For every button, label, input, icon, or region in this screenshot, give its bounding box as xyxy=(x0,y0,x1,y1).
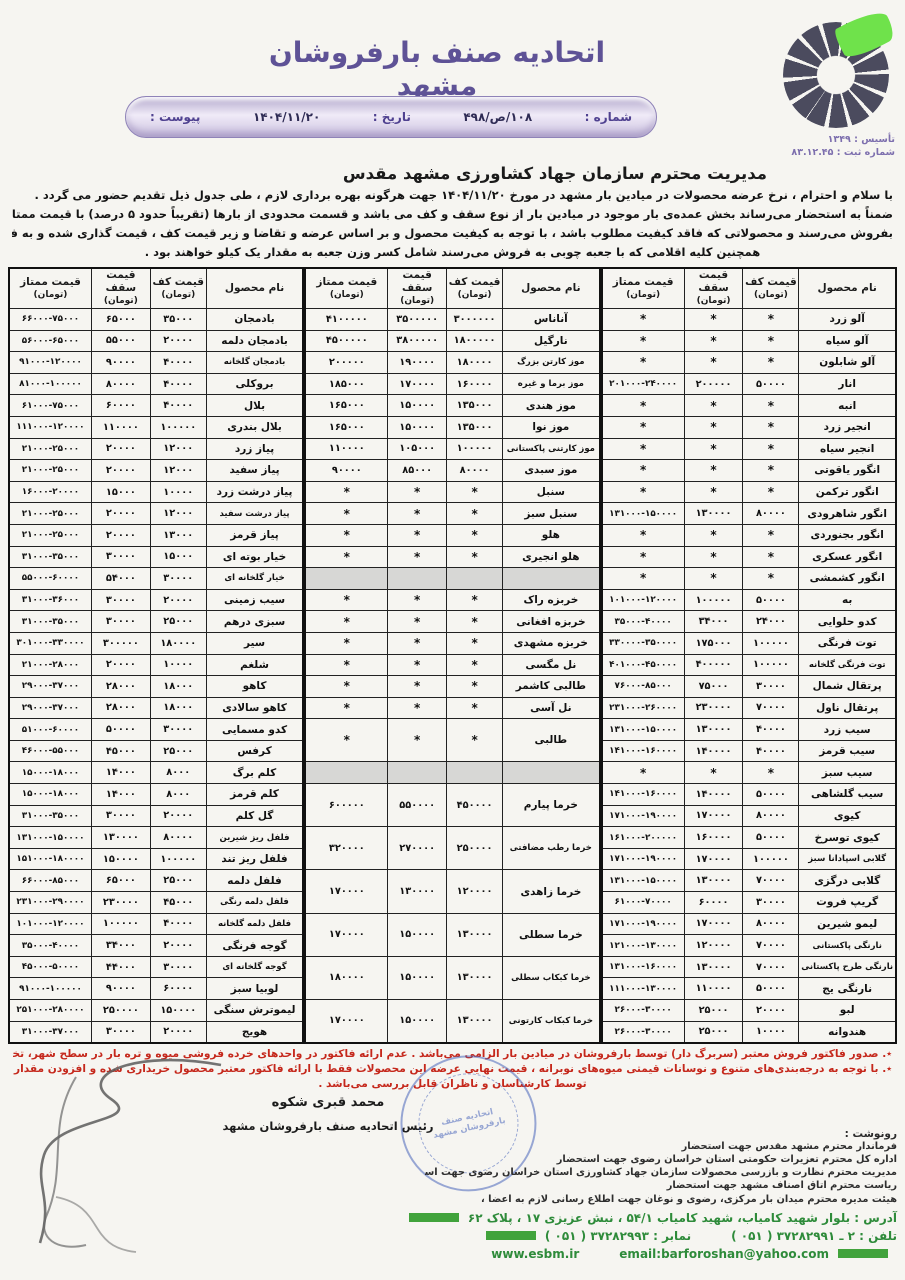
floor-price-cell: ۱۰۰۰۰ xyxy=(150,654,206,676)
premium-price-cell: * xyxy=(305,546,387,568)
product-name-cell: پیاز قرمز xyxy=(206,524,303,546)
premium-price-cell: ۱۷۱۰۰۰-۱۹۰۰۰۰ xyxy=(602,805,684,827)
table-row: به۵۰۰۰۰۱۰۰۰۰۰۱۰۱۰۰۰-۱۲۰۰۰۰ xyxy=(602,589,896,611)
phone-text: تلفن : ۲ ـ ۳۷۲۸۲۹۹۱ ( ۰۵۱ ) xyxy=(731,1229,897,1243)
premium-price-cell: ۱۶۵۰۰۰ xyxy=(305,416,387,438)
premium-price-cell: ۴۱۰۰۰۰۰ xyxy=(305,309,387,331)
floor-price-cell: ۳۰۰۰۰۰۰ xyxy=(447,309,503,331)
premium-price-cell: ۳۳۰۰۰۰-۳۵۰۰۰۰ xyxy=(602,632,684,654)
product-name-cell: موز کارتن بزرگ xyxy=(503,352,600,374)
premium-price-cell: ۲۶۰۰۰-۳۰۰۰۰ xyxy=(602,1000,684,1022)
floor-price-cell: ۸۰۰۰۰ xyxy=(743,805,799,827)
ceiling-price-cell: ۱۴۰۰۰ xyxy=(91,784,150,806)
product-name-cell: آلو شابلون xyxy=(799,352,896,374)
premium-price-cell: ۳۵۰۰۰-۴۰۰۰۰ xyxy=(602,611,684,633)
premium-price-cell: ۹۱۰۰۰-۱۰۰۰۰۰ xyxy=(9,978,91,1000)
ceiling-price-cell: ۱۱۰۰۰۰ xyxy=(684,978,743,1000)
ceiling-price-cell: * xyxy=(388,632,447,654)
floor-price-cell: * xyxy=(447,654,503,676)
empty-cell xyxy=(388,762,447,784)
premium-price-cell: ۳۱۰۰۰-۳۶۰۰۰ xyxy=(9,589,91,611)
floor-price-cell: * xyxy=(447,503,503,525)
table-row: سنبل*** xyxy=(305,481,599,503)
premium-price-cell: ۲۱۰۰۰-۲۸۰۰۰ xyxy=(9,654,91,676)
floor-price-cell: * xyxy=(447,481,503,503)
table-row: فلفل دلمه رنگی۴۵۰۰۰۲۳۰۰۰۰۲۳۱۰۰۰-۲۹۰۰۰۰ xyxy=(9,892,303,914)
ceiling-price-cell: ۱۳۰۰۰۰ xyxy=(91,827,150,849)
premium-price-cell: ۳۵۰۰۰-۴۰۰۰۰ xyxy=(9,935,91,957)
table-row: انگور کشمشی*** xyxy=(602,568,896,590)
floor-price-cell: ۱۲۰۰۰۰ xyxy=(447,870,503,913)
table-row: خربزه افغانی*** xyxy=(305,611,599,633)
table-row: انجیر سیاه*** xyxy=(602,438,896,460)
table-row: انگور ترکمن*** xyxy=(602,481,896,503)
ceiling-price-cell: ۱۴۰۰۰ xyxy=(91,762,150,784)
premium-price-cell: ۱۴۱۰۰۰-۱۶۰۰۰۰ xyxy=(602,740,684,762)
table-row: کدو مسمایی۳۰۰۰۰۵۰۰۰۰۵۱۰۰۰-۶۰۰۰۰ xyxy=(9,719,303,741)
product-name-cell: بادمجان دلمه xyxy=(206,330,303,352)
product-name-cell: طالبی کاشمر xyxy=(503,676,600,698)
ceiling-price-cell: ۷۵۰۰۰ xyxy=(684,676,743,698)
premium-price-cell: * xyxy=(602,546,684,568)
floor-price-cell: ۱۳۰۰۰۰ xyxy=(447,1000,503,1043)
price-table-tropical-dates: نام محصولقیمت کف(تومان)قیمت سقف(تومان)قی… xyxy=(304,267,600,1044)
table-row: فلفل ریز تند۱۰۰۰۰۰۱۵۰۰۰۰۱۵۱۰۰۰-۱۸۰۰۰۰ xyxy=(9,848,303,870)
premium-price-cell: * xyxy=(305,611,387,633)
ceiling-price-cell: * xyxy=(388,611,447,633)
table-row: نارگیل۱۸۰۰۰۰۰۳۸۰۰۰۰۰۴۵۰۰۰۰۰ xyxy=(305,330,599,352)
empty-cell xyxy=(503,568,600,590)
table-row: کیوی۸۰۰۰۰۱۷۰۰۰۰۱۷۱۰۰۰-۱۹۰۰۰۰ xyxy=(602,805,896,827)
col-header-premium: قیمت ممتاز(تومان) xyxy=(602,268,684,309)
empty-row xyxy=(305,568,599,590)
floor-price-cell: ۲۴۰۰۰ xyxy=(743,611,799,633)
product-name-cell: آناناس xyxy=(503,309,600,331)
ceiling-price-cell: ۹۰۰۰۰ xyxy=(91,352,150,374)
date-label: تاریخ : xyxy=(373,110,411,124)
website-link[interactable]: www.esbm.ir xyxy=(491,1247,579,1261)
product-name-cell: توت فرنگی xyxy=(799,632,896,654)
table-row: خرما کبکاب کارتونی۱۳۰۰۰۰۱۵۰۰۰۰۱۷۰۰۰۰ xyxy=(305,1000,599,1043)
ceiling-price-cell: ۴۴۰۰۰ xyxy=(91,956,150,978)
fax-text: نمابر : ۳۷۲۸۲۹۹۳ ( ۰۵۱ ) xyxy=(545,1229,691,1243)
number-label: شماره : xyxy=(585,110,632,124)
cc-and-contact: رونوشت : فرماندار محترم مشهد مقدس جهت اس… xyxy=(425,1128,897,1261)
product-name-cell: گوجه فرنگی xyxy=(206,935,303,957)
table-row: گوجه فرنگی۲۰۰۰۰۳۴۰۰۰۳۵۰۰۰-۴۰۰۰۰ xyxy=(9,935,303,957)
floor-price-cell: ۲۰۰۰۰ xyxy=(150,589,206,611)
floor-price-cell: ۸۰۰۰۰ xyxy=(743,503,799,525)
table-row: کدو حلوایی۲۴۰۰۰۳۴۰۰۰۳۵۰۰۰-۴۰۰۰۰ xyxy=(602,611,896,633)
premium-price-cell: * xyxy=(305,654,387,676)
ceiling-price-cell: ۲۵۰۰۰ xyxy=(684,1021,743,1043)
premium-price-cell: * xyxy=(602,330,684,352)
table-group-middle: نام محصولقیمت کف(تومان)قیمت سقف(تومان)قی… xyxy=(304,267,600,1044)
table-row: آلو شابلون*** xyxy=(602,352,896,374)
floor-price-cell: ۱۲۰۰۰ xyxy=(150,503,206,525)
floor-price-cell: ۴۰۰۰۰ xyxy=(150,352,206,374)
ceiling-price-cell: * xyxy=(684,568,743,590)
premium-price-cell: ۴۶۰۰۰-۵۵۰۰۰ xyxy=(9,740,91,762)
premium-price-cell: ۳۱۰۰۰-۳۵۰۰۰ xyxy=(9,546,91,568)
ceiling-price-cell: ۱۵۰۰۰ xyxy=(91,481,150,503)
table-row: خرما کبکاب سطلی۱۳۰۰۰۰۱۵۰۰۰۰۱۸۰۰۰۰ xyxy=(305,956,599,999)
table-row: خربزه مشهدی*** xyxy=(305,632,599,654)
floor-price-cell: * xyxy=(743,568,799,590)
ceiling-price-cell: ۱۵۰۰۰۰ xyxy=(91,848,150,870)
floor-price-cell: ۳۵۰۰۰ xyxy=(150,309,206,331)
product-name-cell: بادمجان گلخانه xyxy=(206,352,303,374)
ceiling-price-cell: * xyxy=(684,762,743,784)
table-row: خیار بوته ای۱۵۰۰۰۳۰۰۰۰۳۱۰۰۰-۳۵۰۰۰ xyxy=(9,546,303,568)
premium-price-cell: * xyxy=(305,503,387,525)
registration-line: شماره ثبت : ۸۳.۱۲.۴۵ xyxy=(791,146,895,159)
empty-cell xyxy=(447,568,503,590)
floor-price-cell: ۱۰۰۰۰۰ xyxy=(743,654,799,676)
premium-price-cell: ۴۵۰۰۰۰۰ xyxy=(305,330,387,352)
ceiling-price-cell: ۱۵۰۰۰۰ xyxy=(388,416,447,438)
table-row: نارنگی یج۵۰۰۰۰۱۱۰۰۰۰۱۱۱۰۰۰-۱۳۰۰۰۰ xyxy=(602,978,896,1000)
letter-meta-bar: شماره : ۴۹۸/ص/۱۰۸ تاریخ : ۱۴۰۴/۱۱/۲۰ پیو… xyxy=(125,96,657,138)
product-name-cell: سیر xyxy=(206,632,303,654)
floor-price-cell: ۴۰۰۰۰ xyxy=(743,719,799,741)
premium-price-cell: ۶۰۰۰۰۰ xyxy=(305,784,387,827)
registration-info: تأسیس : ۱۳۴۹ شماره ثبت : ۸۳.۱۲.۴۵ xyxy=(791,133,895,159)
intro-line: بفروش می‌رسند و محصولاتی که فاقد کیفیت م… xyxy=(12,224,893,243)
floor-price-cell: * xyxy=(743,762,799,784)
product-name-cell: پرتقال ناول xyxy=(799,697,896,719)
premium-price-cell: ۱۶۰۰۰-۲۰۰۰۰ xyxy=(9,481,91,503)
floor-price-cell: ۲۵۰۰۰ xyxy=(150,611,206,633)
ceiling-price-cell: ۳۰۰۰۰ xyxy=(91,546,150,568)
letterhead: تأسیس : ۱۳۴۹ شماره ثبت : ۸۳.۱۲.۴۵ اتحادی… xyxy=(0,0,905,163)
ceiling-price-cell: * xyxy=(388,546,447,568)
product-name-cell: خرما رطب مضافتی xyxy=(503,827,600,870)
floor-price-cell: ۱۰۰۰۰۰ xyxy=(150,848,206,870)
floor-price-cell: * xyxy=(743,352,799,374)
table-row: کاهو سالادی۱۸۰۰۰۲۸۰۰۰۲۹۰۰۰-۳۷۰۰۰ xyxy=(9,697,303,719)
cc-label: رونوشت : xyxy=(425,1128,897,1140)
ceiling-price-cell: ۴۵۰۰۰ xyxy=(91,740,150,762)
product-name-cell: هلو انجیری xyxy=(503,546,600,568)
premium-price-cell: ۲۱۰۰۰-۲۵۰۰۰ xyxy=(9,524,91,546)
premium-price-cell: * xyxy=(305,676,387,698)
product-name-cell: نل آسی xyxy=(503,697,600,719)
premium-price-cell: ۱۱۰۰۰۰ xyxy=(305,438,387,460)
product-name-cell: انبه xyxy=(799,395,896,417)
product-name-cell: توت فرنگی گلخانه xyxy=(799,654,896,676)
table-row: کاهو۱۸۰۰۰۲۸۰۰۰۲۹۰۰۰-۳۷۰۰۰ xyxy=(9,676,303,698)
table-row: سیب سبز*** xyxy=(602,762,896,784)
floor-price-cell: ۷۰۰۰۰ xyxy=(743,956,799,978)
premium-price-cell: * xyxy=(305,719,387,762)
product-name-cell: خیار گلخانه ای xyxy=(206,568,303,590)
premium-price-cell: ۱۷۱۰۰۰-۱۹۰۰۰۰ xyxy=(602,848,684,870)
premium-price-cell: ۱۸۰۰۰۰ xyxy=(305,956,387,999)
premium-price-cell: * xyxy=(602,352,684,374)
product-name-cell: انگور ترکمن xyxy=(799,481,896,503)
table-row: لیموترش سنگی۱۵۰۰۰۰۲۵۰۰۰۰۲۵۱۰۰۰-۲۸۰۰۰۰ xyxy=(9,1000,303,1022)
col-header-floor: قیمت کف(تومان) xyxy=(743,268,799,309)
floor-price-cell: ۴۵۰۰۰۰ xyxy=(447,784,503,827)
col-header-product: نام محصول xyxy=(503,268,600,309)
empty-cell xyxy=(388,568,447,590)
table-row: لوبیا سبز۶۰۰۰۰۹۰۰۰۰۹۱۰۰۰-۱۰۰۰۰۰ xyxy=(9,978,303,1000)
product-name-cell: کیوی xyxy=(799,805,896,827)
ceiling-price-cell: ۳۵۰۰۰۰۰ xyxy=(388,309,447,331)
premium-price-cell: ۳۱۰۰۰-۳۵۰۰۰ xyxy=(9,805,91,827)
ceiling-price-cell: ۲۰۰۰۰۰ xyxy=(684,373,743,395)
product-name-cell: گل کلم xyxy=(206,805,303,827)
premium-price-cell: * xyxy=(602,524,684,546)
product-name-cell: نارنگی طرح پاکستانی xyxy=(799,956,896,978)
ceiling-price-cell: * xyxy=(684,309,743,331)
empty-cell xyxy=(305,568,387,590)
ceiling-price-cell: ۱۰۰۰۰۰ xyxy=(684,589,743,611)
table-row: خرما زاهدی۱۲۰۰۰۰۱۳۰۰۰۰۱۷۰۰۰۰ xyxy=(305,870,599,913)
ceiling-price-cell: ۶۵۰۰۰ xyxy=(91,870,150,892)
ceiling-price-cell: ۶۰۰۰۰ xyxy=(91,395,150,417)
table-row: فلفل ریز شیرین۸۰۰۰۰۱۳۰۰۰۰۱۳۱۰۰۰-۱۵۰۰۰۰ xyxy=(9,827,303,849)
product-name-cell: کاهو xyxy=(206,676,303,698)
premium-price-cell: ۱۷۰۰۰۰ xyxy=(305,870,387,913)
ceiling-price-cell: * xyxy=(388,697,447,719)
ceiling-price-cell: ۳۸۰۰۰۰۰ xyxy=(388,330,447,352)
ceiling-price-cell: ۳۰۰۰۰ xyxy=(91,611,150,633)
floor-price-cell: ۱۸۰۰۰ xyxy=(150,676,206,698)
table-row: موز نوا۱۳۵۰۰۰۱۵۰۰۰۰۱۶۵۰۰۰ xyxy=(305,416,599,438)
table-row: لبو۲۰۰۰۰۲۵۰۰۰۲۶۰۰۰-۳۰۰۰۰ xyxy=(602,1000,896,1022)
ceiling-price-cell: ۱۵۰۰۰۰ xyxy=(388,913,447,956)
ceiling-price-cell: ۱۷۰۰۰۰ xyxy=(388,373,447,395)
floor-price-cell: * xyxy=(743,438,799,460)
premium-price-cell: ۳۲۰۰۰۰ xyxy=(305,827,387,870)
table-row: خیار گلخانه ای۳۰۰۰۰۵۴۰۰۰۵۵۰۰۰-۶۰۰۰۰ xyxy=(9,568,303,590)
premium-price-cell: ۹۱۰۰۰-۱۲۰۰۰۰ xyxy=(9,352,91,374)
floor-price-cell: ۱۵۰۰۰۰ xyxy=(150,1000,206,1022)
table-row: بلال بندری۱۰۰۰۰۰۱۱۰۰۰۰۱۱۱۰۰۰-۱۲۰۰۰۰ xyxy=(9,416,303,438)
floor-price-cell: ۳۰۰۰۰ xyxy=(150,719,206,741)
floor-price-cell: * xyxy=(447,719,503,762)
table-row: بادمجان۳۵۰۰۰۶۵۰۰۰۶۶۰۰۰-۷۵۰۰۰ xyxy=(9,309,303,331)
product-name-cell: طالبی xyxy=(503,719,600,762)
floor-price-cell: ۴۵۰۰۰ xyxy=(150,892,206,914)
premium-price-cell: ۶۱۰۰۰-۷۰۰۰۰ xyxy=(602,892,684,914)
premium-price-cell: ۱۶۵۰۰۰ xyxy=(305,395,387,417)
table-row: پیاز سفید۱۲۰۰۰۲۰۰۰۰۲۱۰۰۰-۲۵۰۰۰ xyxy=(9,460,303,482)
product-name-cell: گلابی اسپادانا سبز xyxy=(799,848,896,870)
premium-price-cell: ۲۱۰۰۰-۲۵۰۰۰ xyxy=(9,438,91,460)
floor-price-cell: ۱۲۰۰۰ xyxy=(150,460,206,482)
ceiling-price-cell: ۴۰۰۰۰۰ xyxy=(684,654,743,676)
floor-price-cell: ۲۵۰۰۰ xyxy=(150,870,206,892)
table-row: نل مگسی*** xyxy=(305,654,599,676)
floor-price-cell: ۱۸۰۰۰۰ xyxy=(447,352,503,374)
floor-price-cell: ۲۰۰۰۰ xyxy=(150,935,206,957)
product-name-cell: انگور شاهرودی xyxy=(799,503,896,525)
ceiling-price-cell: ۱۳۰۰۰۰ xyxy=(684,503,743,525)
ceiling-price-cell: * xyxy=(388,503,447,525)
premium-price-cell: ۲۱۰۰۰-۲۵۰۰۰ xyxy=(9,503,91,525)
col-header-premium: قیمت ممتاز(تومان) xyxy=(305,268,387,309)
table-row: طالبی کاشمر*** xyxy=(305,676,599,698)
premium-price-cell: ۱۷۰۰۰۰ xyxy=(305,913,387,956)
floor-price-cell: ۵۰۰۰۰ xyxy=(743,978,799,1000)
floor-price-cell: ۷۰۰۰۰ xyxy=(743,935,799,957)
product-name-cell: خرما سطلی xyxy=(503,913,600,956)
premium-price-cell: ۵۶۰۰۰-۶۵۰۰۰ xyxy=(9,330,91,352)
floor-price-cell: ۷۰۰۰۰ xyxy=(743,870,799,892)
floor-price-cell: ۴۰۰۰۰ xyxy=(150,373,206,395)
green-bar-icon xyxy=(486,1231,536,1240)
table-row: توت فرنگی۱۰۰۰۰۰۱۷۵۰۰۰۳۳۰۰۰۰-۳۵۰۰۰۰ xyxy=(602,632,896,654)
ceiling-price-cell: ۲۵۰۰۰۰ xyxy=(91,1000,150,1022)
table-row: گلابی اسپادانا سبز۱۰۰۰۰۰۱۷۰۰۰۰۱۷۱۰۰۰-۱۹۰… xyxy=(602,848,896,870)
premium-price-cell: * xyxy=(305,632,387,654)
ceiling-price-cell: * xyxy=(684,546,743,568)
product-name-cell: هلو xyxy=(503,524,600,546)
product-name-cell: بادمجان xyxy=(206,309,303,331)
product-name-cell: موز نوا xyxy=(503,416,600,438)
floor-price-cell: ۵۰۰۰۰ xyxy=(743,589,799,611)
product-name-cell: گلابی درگزی xyxy=(799,870,896,892)
cc-item: ریاست محترم اتاق اصناف مشهد جهت استحضار xyxy=(425,1179,897,1192)
premium-price-cell: ۳۱۰۰۰-۳۷۰۰۰ xyxy=(9,1021,91,1043)
table-row: شلغم۱۰۰۰۰۲۰۰۰۰۲۱۰۰۰-۲۸۰۰۰ xyxy=(9,654,303,676)
product-name-cell: خربزه افغانی xyxy=(503,611,600,633)
table-row: هلو*** xyxy=(305,524,599,546)
ceiling-price-cell: ۱۷۰۰۰۰ xyxy=(684,848,743,870)
premium-price-cell: ۱۵۰۰۰-۱۸۰۰۰ xyxy=(9,784,91,806)
bottom-section: محمد قبری شکوه رئیس اتحادیه صنف بارفروشا… xyxy=(0,1095,905,1280)
floor-price-cell: ۱۰۰۰۰ xyxy=(743,1021,799,1043)
product-name-cell: بلال xyxy=(206,395,303,417)
product-name-cell: کلم برگ xyxy=(206,762,303,784)
premium-price-cell: ۵۱۰۰۰-۶۰۰۰۰ xyxy=(9,719,91,741)
product-name-cell: بروکلی xyxy=(206,373,303,395)
ceiling-price-cell: ۶۵۰۰۰ xyxy=(91,309,150,331)
product-name-cell: نارنگی پاکستانی xyxy=(799,935,896,957)
table-row: بروکلی۴۰۰۰۰۸۰۰۰۰۸۱۰۰۰-۱۰۰۰۰۰ xyxy=(9,373,303,395)
premium-price-cell: ۱۸۵۰۰۰ xyxy=(305,373,387,395)
ceiling-price-cell: * xyxy=(684,460,743,482)
table-row: هندوانه۱۰۰۰۰۲۵۰۰۰۲۶۰۰۰-۳۰۰۰۰ xyxy=(602,1021,896,1043)
product-name-cell: هندوانه xyxy=(799,1021,896,1043)
ceiling-price-cell: * xyxy=(684,524,743,546)
premium-price-cell: ۱۱۱۰۰۰-۱۲۰۰۰۰ xyxy=(9,416,91,438)
floor-price-cell: ۲۰۰۰۰ xyxy=(743,1000,799,1022)
empty-cell xyxy=(447,762,503,784)
table-header-row: نام محصولقیمت کف(تومان)قیمت سقف(تومان)قی… xyxy=(305,268,599,309)
product-name-cell: آلو سیاه xyxy=(799,330,896,352)
ceiling-price-cell: ۱۷۵۰۰۰ xyxy=(684,632,743,654)
ceiling-price-cell: ۹۰۰۰۰ xyxy=(91,978,150,1000)
ceiling-price-cell: ۱۵۰۰۰۰ xyxy=(388,395,447,417)
empty-cell xyxy=(503,762,600,784)
ceiling-price-cell: ۳۰۰۰۰۰ xyxy=(91,632,150,654)
premium-price-cell: ۹۰۰۰۰ xyxy=(305,460,387,482)
cc-item: مدیریت محترم نظارت و بازرسی محصولات سازم… xyxy=(425,1166,897,1179)
table-row: سبزی درهم۲۵۰۰۰۳۰۰۰۰۳۱۰۰۰-۳۵۰۰۰ xyxy=(9,611,303,633)
ceiling-price-cell: ۱۳۰۰۰۰ xyxy=(684,719,743,741)
ceiling-price-cell: ۱۶۰۰۰۰ xyxy=(684,827,743,849)
product-name-cell: نارگیل xyxy=(503,330,600,352)
floor-price-cell: * xyxy=(447,546,503,568)
product-name-cell: بلال بندری xyxy=(206,416,303,438)
ceiling-price-cell: ۱۹۰۰۰۰ xyxy=(388,352,447,374)
product-name-cell: به xyxy=(799,589,896,611)
premium-price-cell: ۶۶۰۰۰-۷۵۰۰۰ xyxy=(9,309,91,331)
product-name-cell: فلفل ریز شیرین xyxy=(206,827,303,849)
table-row: سیب زمینی۲۰۰۰۰۳۰۰۰۰۳۱۰۰۰-۳۶۰۰۰ xyxy=(9,589,303,611)
floor-price-cell: ۱۳۰۰۰۰ xyxy=(447,956,503,999)
table-row: هلو انجیری*** xyxy=(305,546,599,568)
table-row: انجیر زرد*** xyxy=(602,416,896,438)
table-row: آناناس۳۰۰۰۰۰۰۳۵۰۰۰۰۰۴۱۰۰۰۰۰ xyxy=(305,309,599,331)
floor-price-cell: ۱۳۰۰۰۰ xyxy=(447,913,503,956)
table-row: فلفل دلمه گلخانه۴۰۰۰۰۱۰۰۰۰۰۱۰۱۰۰۰-۱۲۰۰۰۰ xyxy=(9,913,303,935)
floor-price-cell: ۶۰۰۰۰ xyxy=(150,978,206,1000)
floor-price-cell: * xyxy=(447,611,503,633)
table-row: انار۵۰۰۰۰۲۰۰۰۰۰۲۰۱۰۰۰-۲۴۰۰۰۰ xyxy=(602,373,896,395)
premium-price-cell: * xyxy=(602,762,684,784)
product-name-cell: گریپ فروت xyxy=(799,892,896,914)
document-page: تأسیس : ۱۳۴۹ شماره ثبت : ۸۳.۱۲.۴۵ اتحادی… xyxy=(0,0,905,1280)
ceiling-price-cell: ۲۵۰۰۰ xyxy=(684,1000,743,1022)
email-link[interactable]: email:barforoshan@yahoo.com xyxy=(619,1247,829,1261)
product-name-cell: سیب زرد xyxy=(799,719,896,741)
premium-price-cell: ۷۶۰۰۰-۸۵۰۰۰ xyxy=(602,676,684,698)
ceiling-price-cell: ۸۵۰۰۰ xyxy=(388,460,447,482)
table-group-left: نام محصولقیمت کف(تومان)قیمت سقف(تومان)قی… xyxy=(8,267,304,1044)
table-row: سنبل سبز*** xyxy=(305,503,599,525)
product-name-cell: موز برما و غیره xyxy=(503,373,600,395)
ceiling-price-cell: ۳۴۰۰۰ xyxy=(91,935,150,957)
table-row: پیاز زرد۱۲۰۰۰۲۰۰۰۰۲۱۰۰۰-۲۵۰۰۰ xyxy=(9,438,303,460)
floor-price-cell: ۸۰۰۰۰ xyxy=(150,827,206,849)
premium-price-cell: * xyxy=(602,309,684,331)
table-row: آلو زرد*** xyxy=(602,309,896,331)
table-row: پرتقال ناول۷۰۰۰۰۲۳۰۰۰۰۲۳۱۰۰۰-۲۶۰۰۰۰ xyxy=(602,697,896,719)
ceiling-price-cell: ۲۰۰۰۰ xyxy=(91,524,150,546)
floor-price-cell: * xyxy=(743,395,799,417)
floor-price-cell: * xyxy=(743,524,799,546)
product-name-cell: موز هندی xyxy=(503,395,600,417)
product-name-cell: نل مگسی xyxy=(503,654,600,676)
product-name-cell: فلفل دلمه گلخانه xyxy=(206,913,303,935)
ceiling-price-cell: * xyxy=(388,589,447,611)
floor-price-cell: ۳۰۰۰۰ xyxy=(150,568,206,590)
ceiling-price-cell: * xyxy=(684,395,743,417)
table-row: خرما پیارم۴۵۰۰۰۰۵۵۰۰۰۰۶۰۰۰۰۰ xyxy=(305,784,599,827)
address-text: آدرس : بلوار شهید کامیاب، شهید کامیاب ۵۴… xyxy=(468,1211,897,1225)
floor-price-cell: ۲۰۰۰۰ xyxy=(150,330,206,352)
table-row: کرفس۲۵۰۰۰۴۵۰۰۰۴۶۰۰۰-۵۵۰۰۰ xyxy=(9,740,303,762)
premium-price-cell: ۲۶۰۰۰-۳۰۰۰۰ xyxy=(602,1021,684,1043)
premium-price-cell: ۳۰۱۰۰۰-۳۳۰۰۰۰ xyxy=(9,632,91,654)
product-name-cell: انگور بجنوردی xyxy=(799,524,896,546)
ceiling-price-cell: ۱۲۰۰۰۰ xyxy=(684,935,743,957)
product-name-cell: فلفل ریز تند xyxy=(206,848,303,870)
ceiling-price-cell: ۱۵۰۰۰۰ xyxy=(388,956,447,999)
green-bar-icon xyxy=(409,1213,459,1222)
product-name-cell: شلغم xyxy=(206,654,303,676)
ceiling-price-cell: ۵۴۰۰۰ xyxy=(91,568,150,590)
ceiling-price-cell: ۲۸۰۰۰ xyxy=(91,676,150,698)
ceiling-price-cell: ۲۰۰۰۰ xyxy=(91,654,150,676)
premium-price-cell: ۴۰۱۰۰۰-۴۵۰۰۰۰ xyxy=(602,654,684,676)
premium-price-cell: ۲۵۱۰۰۰-۲۸۰۰۰۰ xyxy=(9,1000,91,1022)
